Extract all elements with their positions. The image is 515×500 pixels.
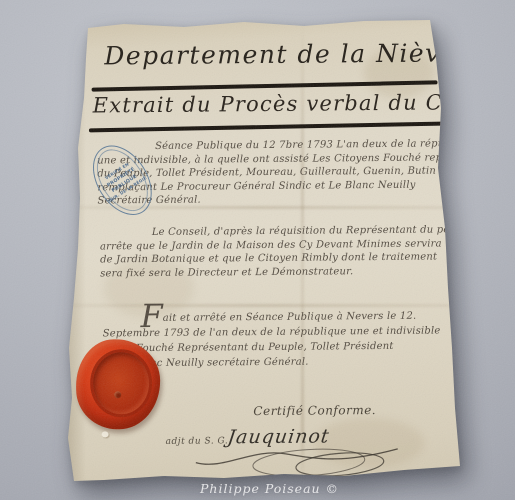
certification-text: Certifié Conforme. xyxy=(253,403,376,418)
document-subtitle: Extrait du Procès verbal du Conseil xyxy=(93,90,514,118)
manuscript-content: Departement de la Nièvre. Extrait du Pro… xyxy=(62,16,470,490)
manuscript-line: Secrétaire Général. xyxy=(97,191,493,208)
subtitle-underline xyxy=(89,122,443,133)
paper-document: Departement de la Nièvre. Extrait du Pro… xyxy=(64,18,468,488)
manuscript-line: sera fixé sera le Directeur et Le Démons… xyxy=(100,264,473,281)
paper-sheet: Departement de la Nièvre. Extrait du Pro… xyxy=(64,18,468,488)
photo-frame: Departement de la Nièvre. Extrait du Pro… xyxy=(0,0,515,500)
manuscript-line: Signé Fouché Représentant du Peuple, Tol… xyxy=(103,338,441,356)
document-title: Departement de la Nièvre. xyxy=(104,38,480,70)
wax-seal-detail xyxy=(114,391,121,398)
wax-seal-impression xyxy=(90,349,153,418)
title-underline xyxy=(92,80,438,91)
photographer-watermark: Philippe Poiseau © xyxy=(200,481,339,496)
paragraph-session: Séance Publique du 12 7bre 1793 L'an deu… xyxy=(97,137,493,208)
paper-blemish xyxy=(102,431,109,437)
signature-flourish xyxy=(194,433,404,481)
paragraph-decision: Le Conseil, d'après la réquisition du Re… xyxy=(100,223,473,280)
red-wax-seal xyxy=(76,339,161,430)
